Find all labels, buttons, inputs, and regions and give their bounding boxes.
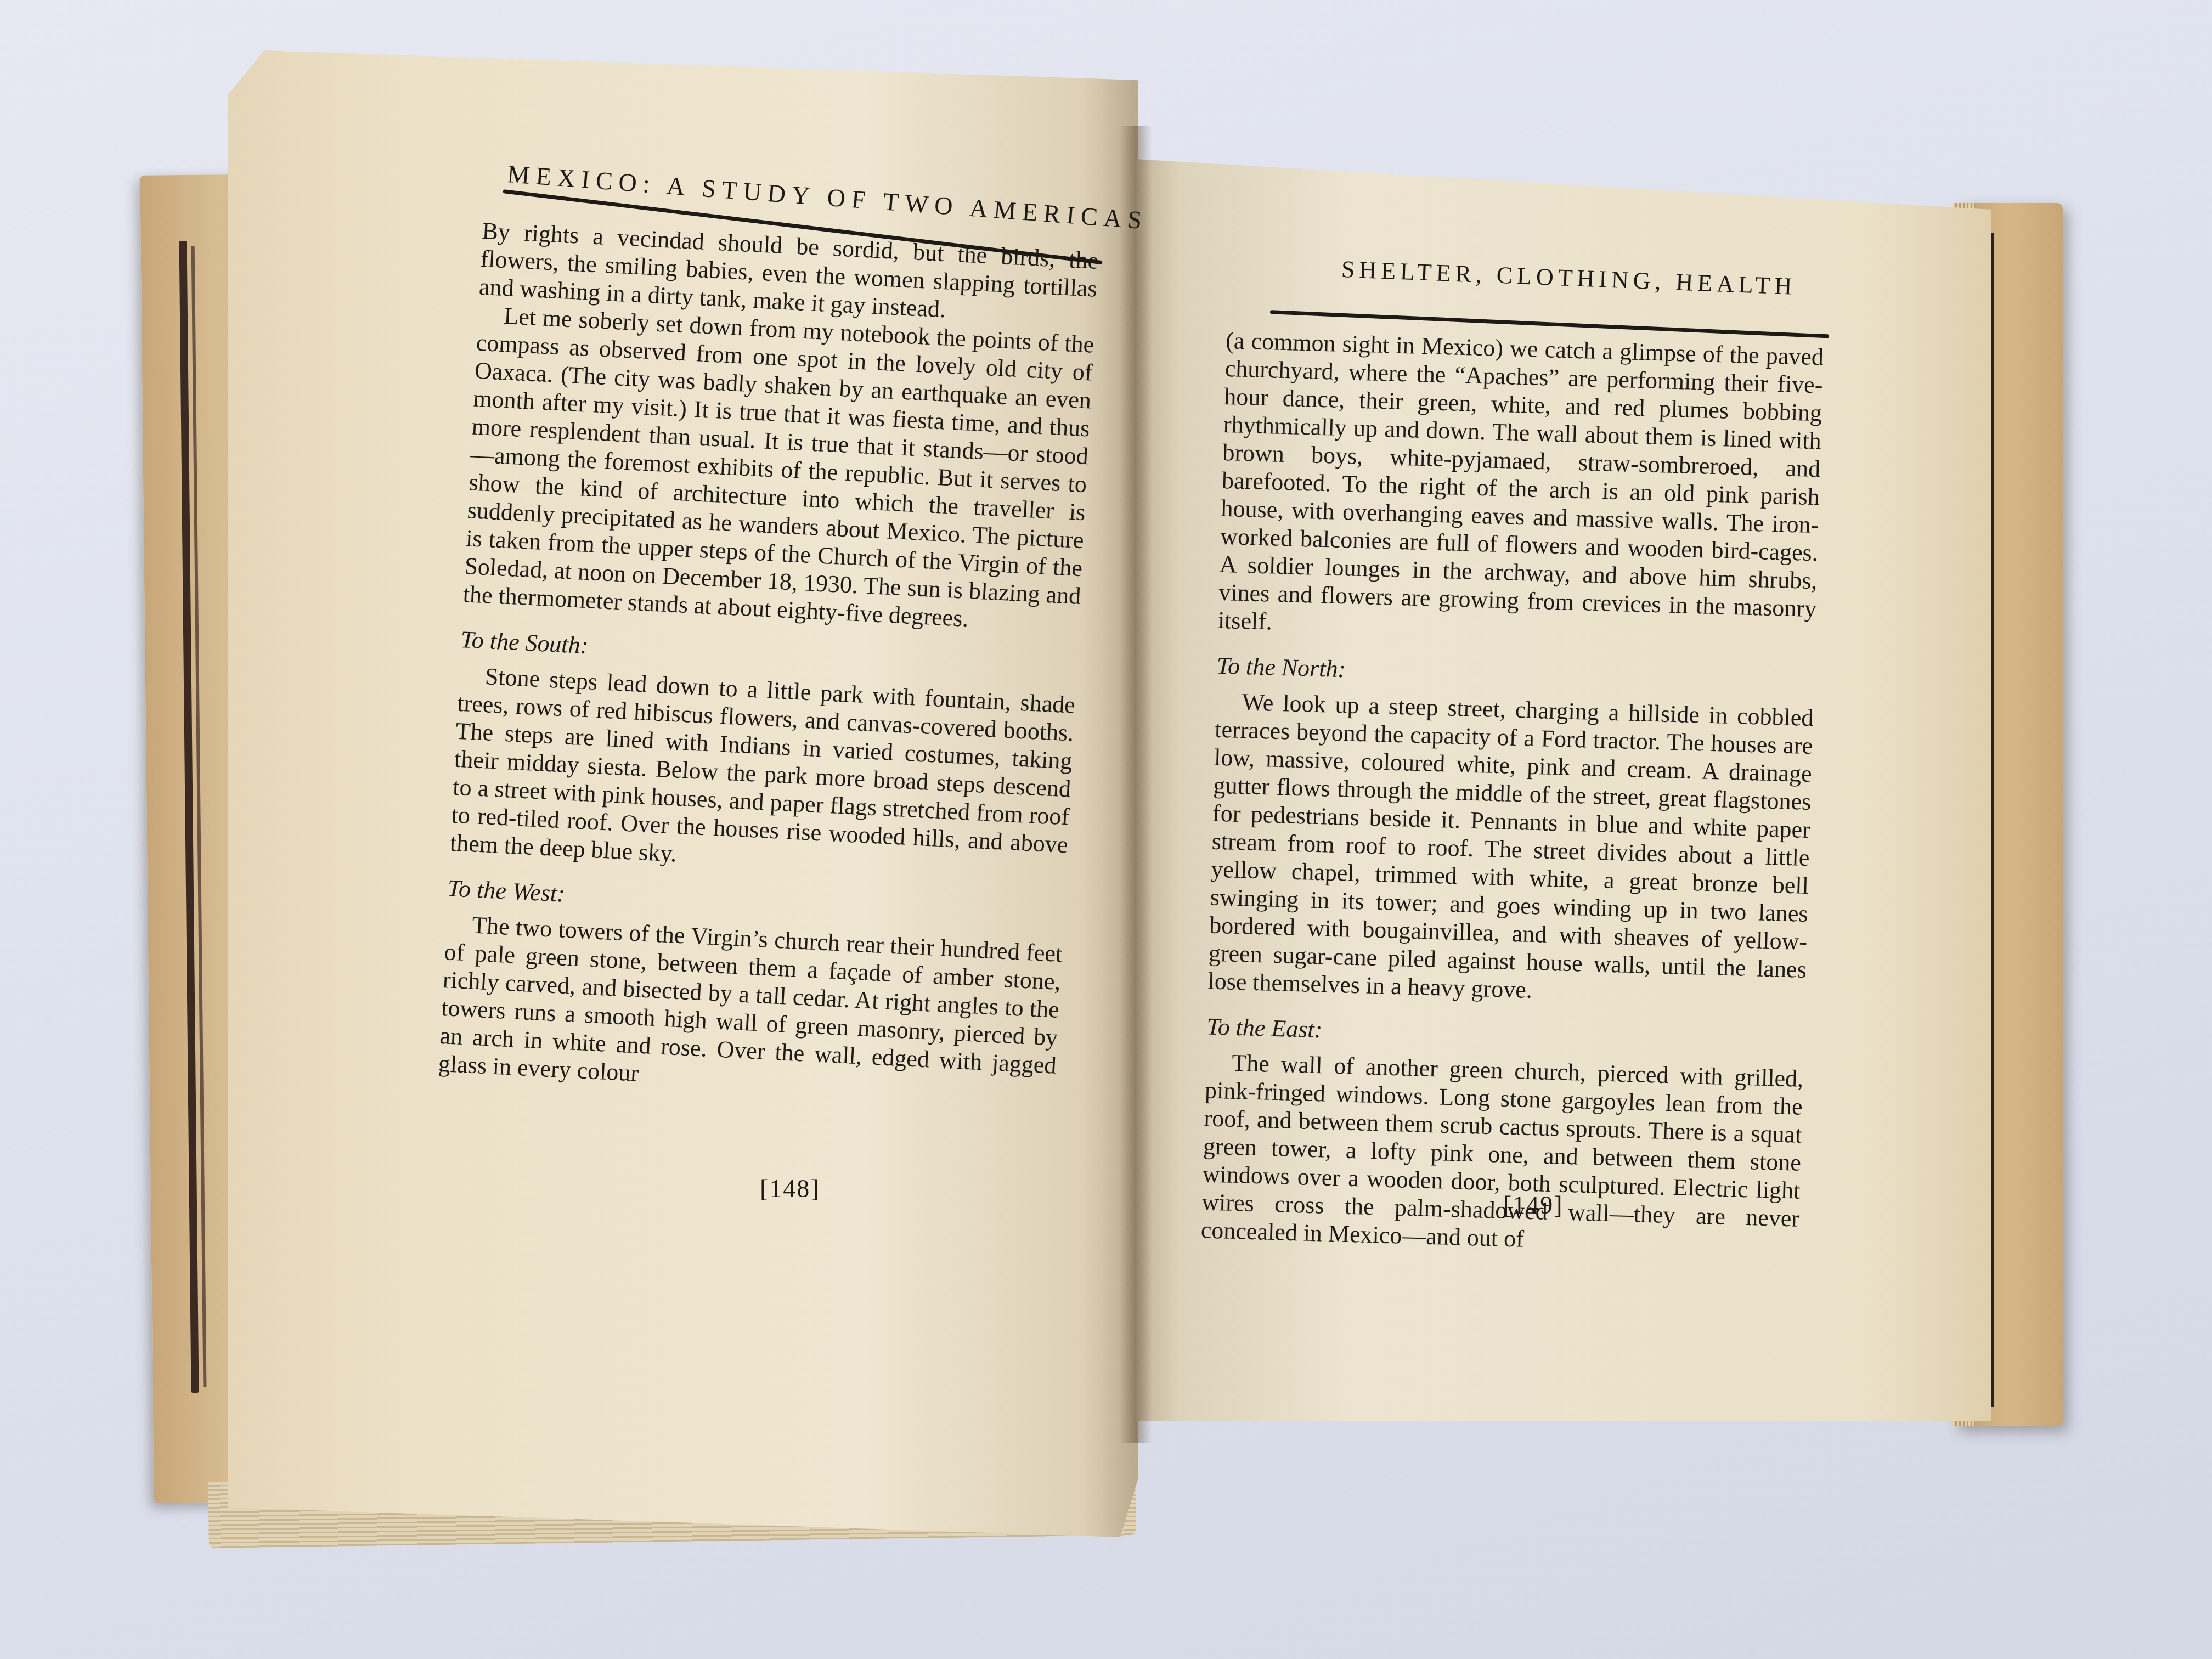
section-text-south: Stone steps lead down to a little park w… [449,661,1076,887]
page-number-left: [148] [760,1174,820,1203]
page-number-right: [149] [1503,1190,1564,1220]
paragraph: Let me soberly set down from my notebook… [462,301,1095,638]
left-page-text: By rights a vecindad should be sordid, b… [438,217,1099,1108]
section-text-north: We look up a steep street, charging a hi… [1207,687,1814,1012]
section-text-west: The two towers of the Virgin’s church re… [438,910,1063,1108]
section-text-east: The wall of another green church, pierce… [1200,1048,1804,1260]
right-page-text: (a common sight in Mexico) we catch a gl… [1200,326,1824,1261]
book-gutter [1119,126,1152,1443]
paragraph: (a common sight in Mexico) we catch a gl… [1217,326,1824,651]
